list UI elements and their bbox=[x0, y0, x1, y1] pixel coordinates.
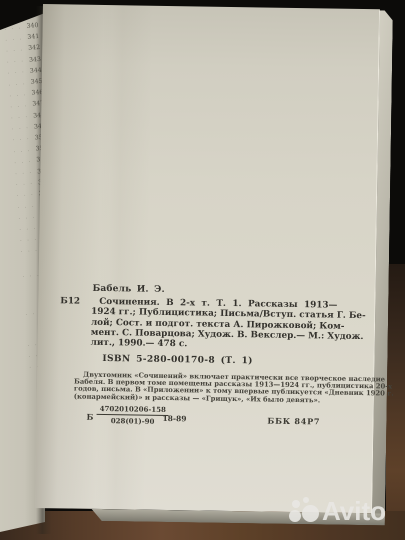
toc-leader-dots: . . . . bbox=[6, 46, 27, 54]
toc-leader-dots: . . . . bbox=[10, 102, 31, 110]
toc-leader-dots: . . . . bbox=[15, 169, 36, 177]
annotation: Двухтомник «Сочинений» включает практиче… bbox=[74, 372, 358, 405]
toc-leader-dots: . . . . bbox=[17, 191, 38, 199]
toc-leader-dots: . . . . bbox=[11, 113, 32, 121]
toc-leader-dots: . . . . bbox=[9, 90, 30, 98]
isbn-line: ISBN 5-280-00170-8 (Т. 1) bbox=[102, 354, 253, 366]
catalog-prefix: Б bbox=[86, 412, 93, 422]
catalog-denominator: 028(01)-90 bbox=[96, 415, 168, 426]
avito-watermark: Avito bbox=[289, 495, 386, 527]
catalog-fraction: 4702010206-158 028(01)-90 bbox=[96, 404, 169, 426]
toc-leader-dots: . . . . bbox=[8, 79, 29, 87]
toc-leader-dots: . . . . bbox=[5, 35, 26, 43]
catalog-index-code: Б12 bbox=[60, 296, 80, 306]
book-photo: . . . .340. . . .341. . . .342. . . .343… bbox=[0, 0, 405, 540]
toc-leader-dots: . . . . bbox=[14, 157, 35, 165]
toc-leader-dots: . . . . bbox=[16, 180, 37, 188]
toc-leader-dots: . . . . bbox=[8, 68, 29, 76]
bibliographic-entry: Сочинения. В 2-х т. Т. 1. Рассказы 1913—… bbox=[91, 297, 338, 352]
table-surface-right bbox=[386, 264, 405, 540]
toc-leader-dots: . . . . bbox=[12, 124, 33, 132]
toc-leader-dots: . . . . bbox=[12, 135, 33, 143]
toc-leader-dots: . . . . bbox=[7, 57, 28, 65]
toc-leader-dots: . . . . bbox=[4, 24, 25, 32]
author-line: Бабель И. Э. bbox=[92, 284, 164, 295]
catalog-suffix: 18-89 bbox=[162, 414, 186, 423]
avito-wordmark: Avito bbox=[322, 496, 386, 527]
right-page: Бабель И. Э. Б12 Сочинения. В 2-х т. Т. … bbox=[35, 4, 380, 513]
bbk-code: ББК 84Р7 bbox=[267, 416, 320, 427]
avito-logo-icon bbox=[289, 495, 319, 527]
toc-leader-dots: . . . . bbox=[13, 146, 34, 154]
